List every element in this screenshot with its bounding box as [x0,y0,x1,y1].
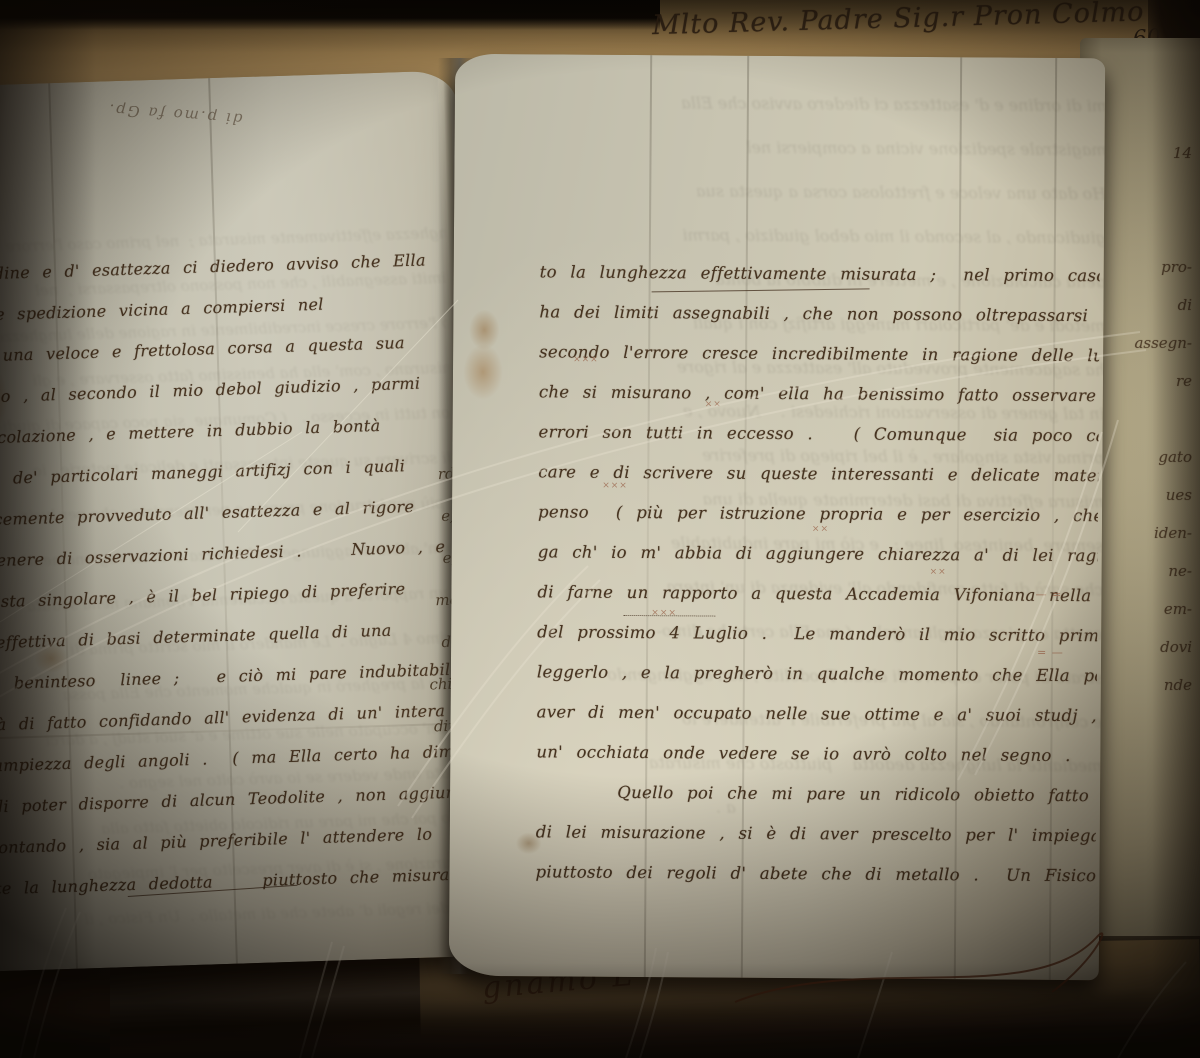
handwritten-line: errori son tutti in eccesso . ( Comunque… [538,412,1098,456]
handwritten-line: del prossimo 4 Luglio . Le manderò il mi… [537,612,1097,656]
paper-stain [469,310,499,350]
right-page-text: to la lunghezza effettivamente misurata … [535,252,1099,896]
handwritten-line: aver di men' occupato nelle sue ottime e… [536,692,1096,736]
handwritten-line: un' occhiata onde vedere se io avrò colt… [536,732,1096,776]
left-page: to la lunghezza effettivamente misurata … [0,70,484,971]
handwritten-line: ga ch' io m' abbia di aggiungere chiarez… [538,532,1098,576]
handwritten-line: care e di scrivere su queste interessant… [538,452,1098,496]
handwritten-line: secondo l'errore cresce incredibilmente … [539,332,1099,376]
handwritten-line: leggerlo , e la pregherò in qualche mome… [537,652,1097,696]
ghost-line: Ho dato una veloce e frettolosa corsa a … [449,168,1105,217]
ghost-line: mi di ordine e d' esattezza ci diedero a… [449,80,1105,129]
handwritten-line: piuttosto dei regoli d' abete che di met… [535,852,1095,896]
handwritten-line: ha dei limiti assegnabili , che non poss… [539,292,1099,336]
paper-stain [463,344,503,400]
handwritten-line: penso ( più per istruzione propria e per… [538,492,1098,536]
manuscript-photo: Mlto Rev. Padre Sig.r Pron Colmo 60 14pr… [0,0,1200,1058]
handwritten-line: di lei misurazione , si è di aver presce… [536,812,1096,856]
handwritten-line: Quello poi che mi pare un ridicolo obiet… [536,772,1096,816]
ghost-line: magistrale spedizione vicina a compiersi… [449,124,1105,173]
handwritten-line: di farne un rapporto a questa Accademia … [537,572,1097,616]
shadow-top-left [0,0,660,30]
faint-inverted-note: di p.mo fa Gp. [107,100,243,128]
handwritten-line: che si misurano , com' ella ha benissimo… [539,372,1099,416]
right-page: mi di ordine e d' esattezza ci diedero a… [449,54,1105,981]
